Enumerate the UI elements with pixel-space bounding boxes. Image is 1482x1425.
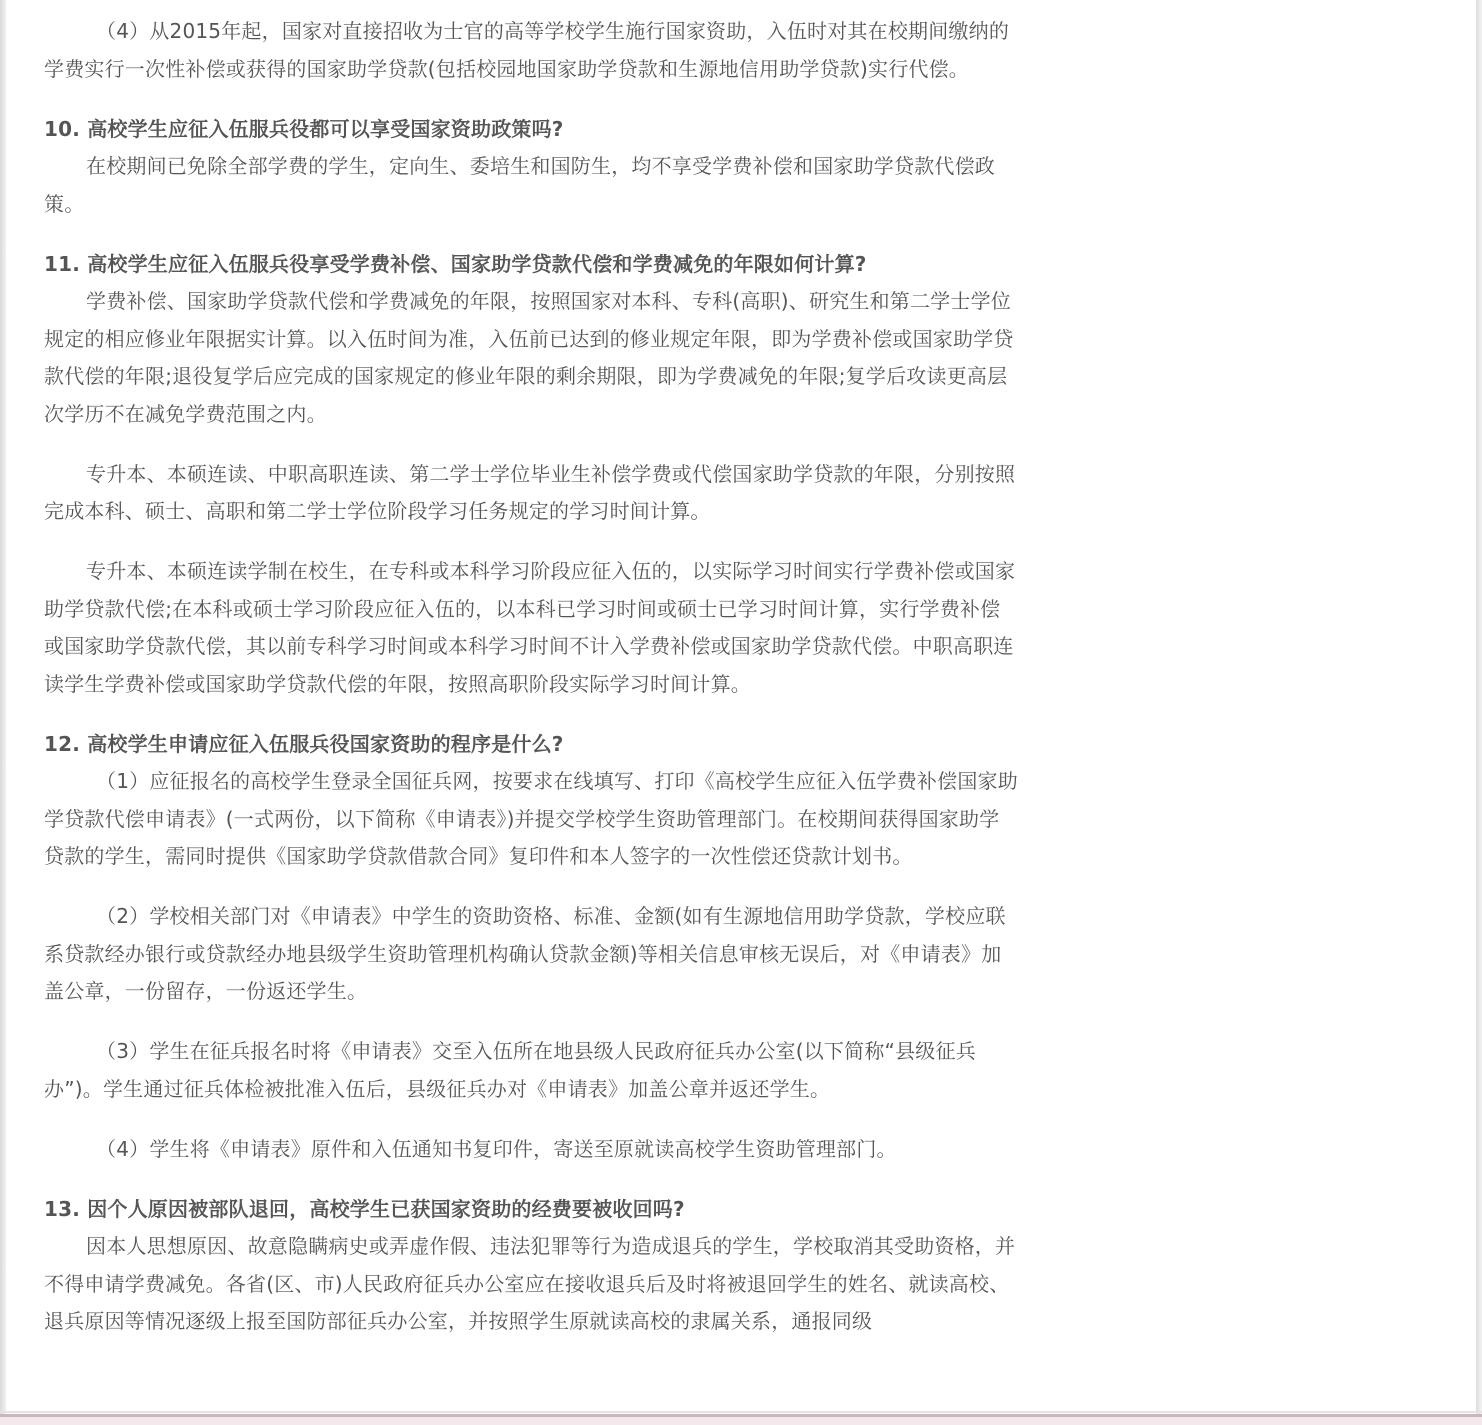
- faq-answer-step-1: （1）应征报名的高校学生登录全国征兵网，按要求在线填写、打印《高校学生应征入伍学…: [44, 763, 1019, 876]
- faq-section-11: 11. 高校学生应征入伍服兵役享受学费补偿、国家助学贷款代偿和学费减免的年限如何…: [44, 246, 1019, 704]
- faq-section-13: 13. 因个人原因被部队退回，高校学生已获国家资助的经费要被收回吗? 因本人思想…: [44, 1191, 1019, 1341]
- faq-answer-step-3: （3）学生在征兵报名时将《申请表》交至入伍所在地县级人民政府征兵办公室(以下简称…: [44, 1033, 1019, 1108]
- faq-question-12: 12. 高校学生申请应征入伍服兵役国家资助的程序是什么?: [44, 726, 1019, 764]
- faq-question-11: 11. 高校学生应征入伍服兵役享受学费补偿、国家助学贷款代偿和学费减免的年限如何…: [44, 246, 1019, 284]
- content-bottom-edge: [0, 1411, 1482, 1413]
- faq-answer-paragraph: 在校期间已免除全部学费的学生，定向生、委培生和国防生，均不享受学费补偿和国家助学…: [44, 148, 1019, 223]
- faq-answer-paragraph: 专升本、本硕连读、中职高职连读、第二学士学位毕业生补偿学费或代偿国家助学贷款的年…: [44, 456, 1019, 531]
- faq-answer-paragraph: 专升本、本硕连读学制在校生，在专科或本科学习阶段应征入伍的，以实际学习时间实行学…: [44, 553, 1019, 703]
- page-bottom-bar: [0, 1414, 1482, 1425]
- faq-answer-paragraph: 因本人思想原因、故意隐瞒病史或弄虚作假、违法犯罪等行为造成退兵的学生，学校取消其…: [44, 1228, 1019, 1341]
- article-body: （4）从2015年起，国家对直接招收为士官的高等学校学生施行国家资助，入伍时对其…: [44, 13, 1019, 1363]
- faq-answer-step-2: （2）学校相关部门对《申请表》中学生的资助资格、标准、金额(如有生源地信用助学贷…: [44, 898, 1019, 1011]
- paragraph-item-4: （4）从2015年起，国家对直接招收为士官的高等学校学生施行国家资助，入伍时对其…: [44, 13, 1019, 88]
- faq-question-10: 10. 高校学生应征入伍服兵役都可以享受国家资助政策吗?: [44, 111, 1019, 149]
- faq-section-10: 10. 高校学生应征入伍服兵役都可以享受国家资助政策吗? 在校期间已免除全部学费…: [44, 111, 1019, 224]
- faq-question-13: 13. 因个人原因被部队退回，高校学生已获国家资助的经费要被收回吗?: [44, 1191, 1019, 1229]
- faq-section-12: 12. 高校学生申请应征入伍服兵役国家资助的程序是什么? （1）应征报名的高校学…: [44, 726, 1019, 1169]
- page-left-border: [0, 0, 6, 1414]
- faq-answer-step-4: （4）学生将《申请表》原件和入伍通知书复印件，寄送至原就读高校学生资助管理部门。: [44, 1131, 1019, 1169]
- faq-answer-paragraph: 学费补偿、国家助学贷款代偿和学费减免的年限，按照国家对本科、专科(高职)、研究生…: [44, 283, 1019, 433]
- page-right-border: [1476, 0, 1482, 1414]
